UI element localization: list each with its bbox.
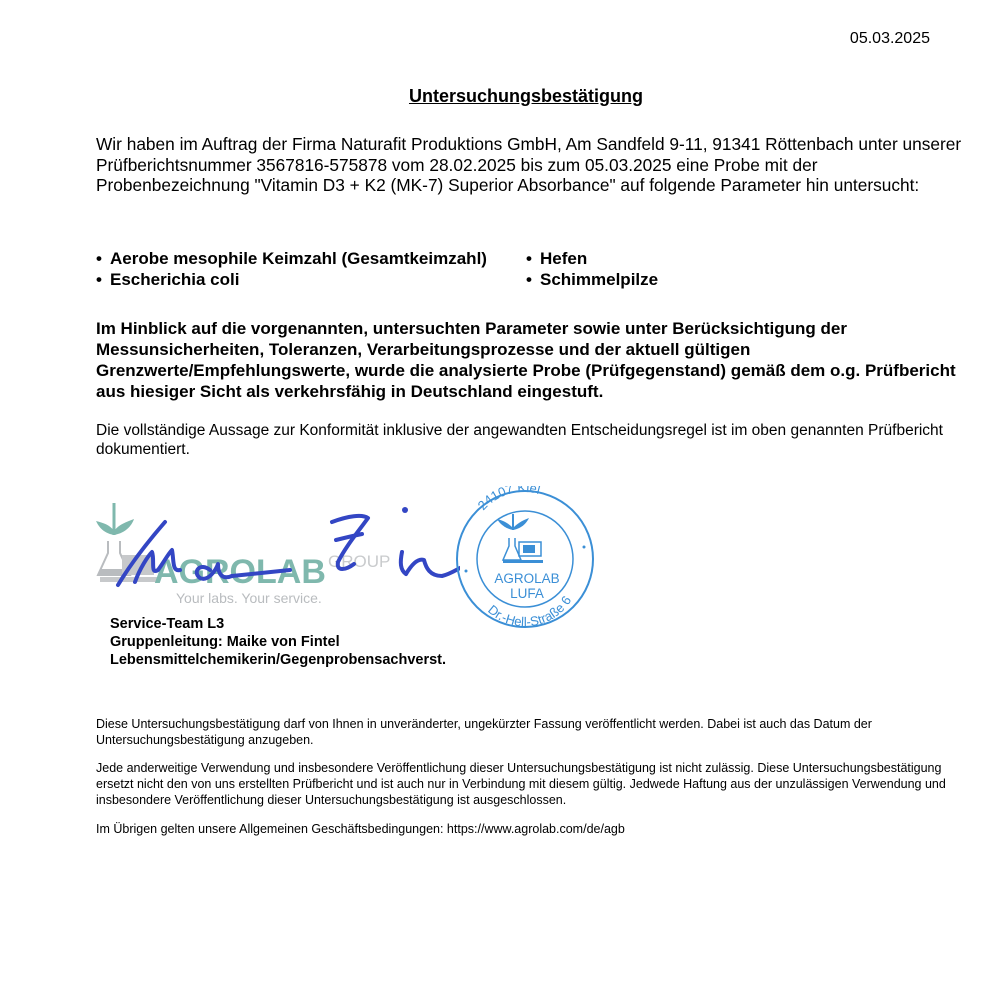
footer-usage-note: Jede anderweitige Verwendung und insbeso… [96, 760, 956, 808]
signatory-block: Service-Team L3 Gruppenleitung: Maike vo… [110, 615, 446, 669]
agrolab-lufa-stamp: 24107 Kiel Dr.-Hell-Straße 6 AGROLAB LUF… [449, 486, 597, 632]
signatory-role: Lebensmittelchemikerin/Gegenprobensachve… [110, 651, 446, 669]
parameter-label: Aerobe mesophile Keimzahl (Gesamtkeimzah… [110, 249, 487, 268]
footer-terms-note: Im Übrigen gelten unsere Allgemeinen Ges… [96, 821, 956, 837]
parameter-item: •Escherichia coli [96, 269, 487, 290]
stamp-name: AGROLAB [494, 571, 559, 586]
parameter-label: Escherichia coli [110, 270, 239, 289]
parameter-item: •Schimmelpilze [526, 269, 658, 290]
bullet-icon: • [96, 248, 110, 269]
parameter-item: •Aerobe mesophile Keimzahl (Gesamtkeimza… [96, 248, 487, 269]
parameter-column-1: •Aerobe mesophile Keimzahl (Gesamtkeimza… [96, 248, 487, 290]
intro-paragraph: Wir haben im Auftrag der Firma Naturafit… [96, 134, 966, 196]
bullet-icon: • [96, 269, 110, 290]
signature [100, 490, 460, 610]
document-date: 05.03.2025 [850, 30, 930, 48]
conformity-paragraph: Die vollständige Aussage zur Konformität… [96, 421, 976, 459]
bullet-icon: • [526, 269, 540, 290]
stamp-top-text: 24107 Kiel [475, 486, 543, 513]
footer-publication-note: Diese Untersuchungsbestätigung darf von … [96, 716, 956, 748]
signatory-team: Service-Team L3 [110, 615, 446, 633]
svg-text:24107 Kiel: 24107 Kiel [475, 486, 543, 513]
document-title: Untersuchungsbestätigung [0, 86, 1000, 107]
signatory-lead: Gruppenleitung: Maike von Fintel [110, 633, 446, 651]
bullet-icon: • [526, 248, 540, 269]
parameter-label: Schimmelpilze [540, 270, 658, 289]
parameter-column-2: •Hefen •Schimmelpilze [526, 248, 658, 290]
parameter-label: Hefen [540, 249, 587, 268]
parameter-item: •Hefen [526, 248, 658, 269]
verdict-paragraph: Im Hinblick auf die vorgenannten, unters… [96, 318, 976, 402]
stamp-subname: LUFA [510, 586, 544, 601]
stamp-plant-flask-icon [497, 514, 543, 563]
